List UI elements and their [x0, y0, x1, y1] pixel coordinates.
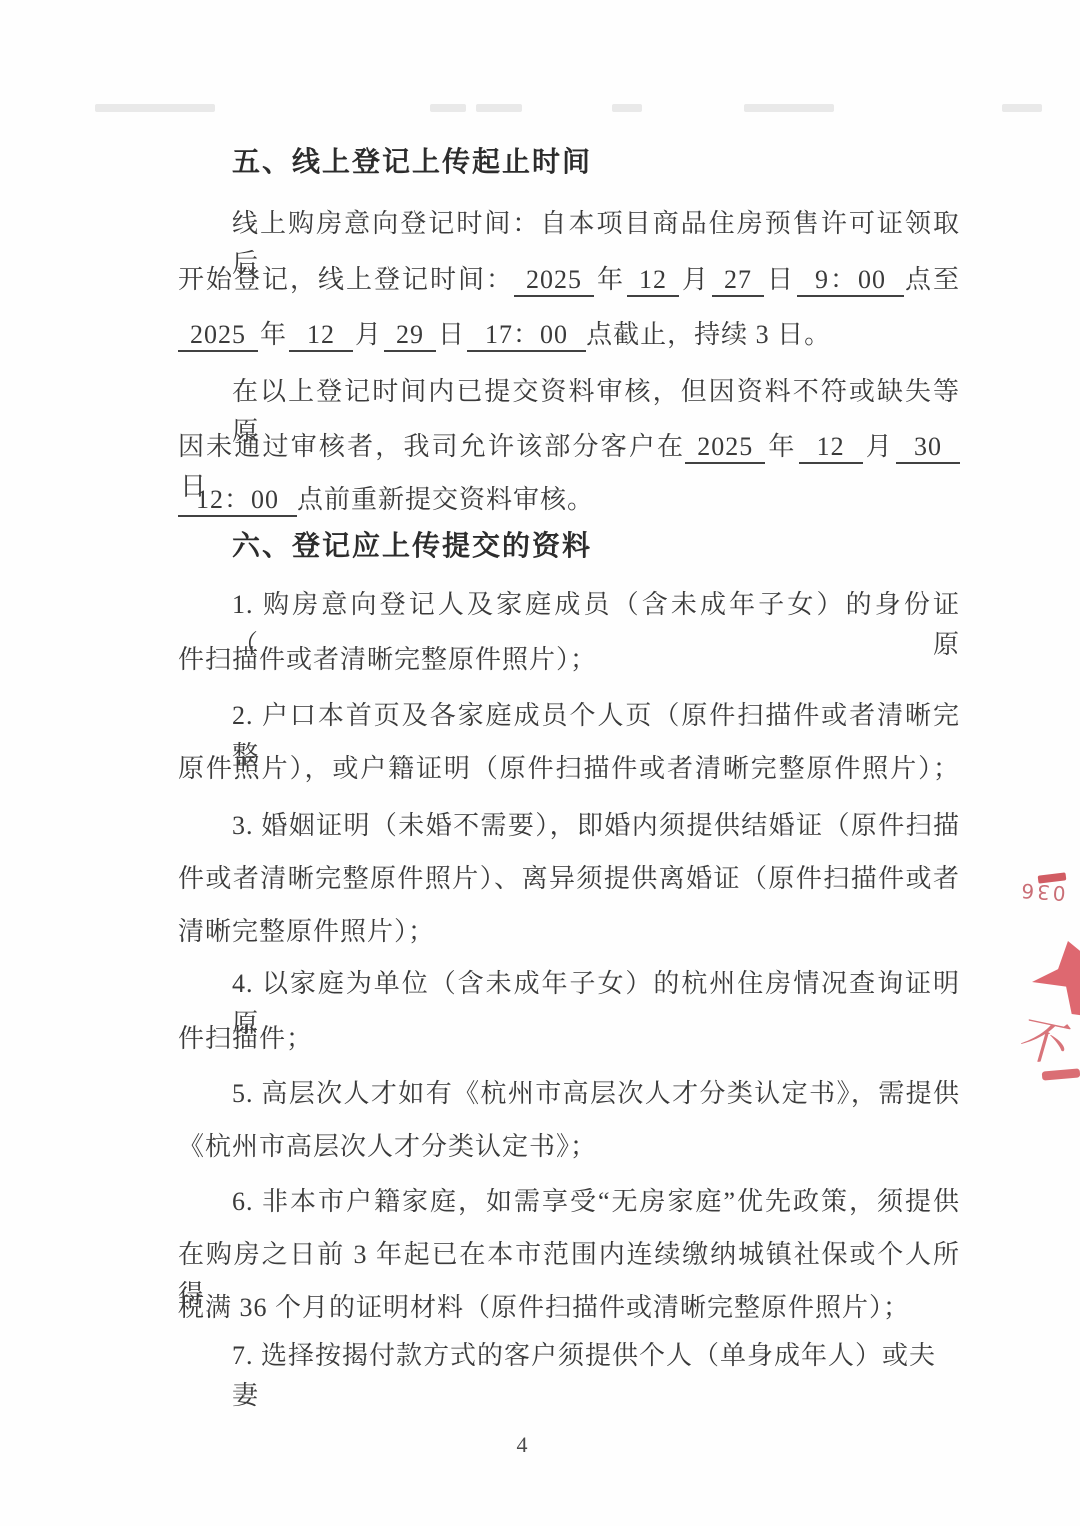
text-segment: 点前重新提交资料审核。 [297, 485, 594, 514]
text-segment: 因未通过审核者，我司允许该部分客户在 [178, 432, 685, 461]
stamp-code: 036 [1015, 878, 1069, 906]
filled-blank-month: 12 [289, 320, 353, 352]
filled-blank-year: 2025 [685, 432, 765, 464]
filled-blank-time: 12：00 [178, 485, 297, 517]
text-segment: 月 [681, 265, 710, 294]
stamp-star-icon [1032, 941, 1080, 1017]
scan-artifact [95, 104, 215, 112]
text-segment: 月 [355, 320, 382, 349]
text-segment: 日 [766, 265, 795, 294]
list-item-7-line: 7. 选择按揭付款方式的客户须提供个人（单身成年人）或夫妻 [178, 1336, 960, 1416]
paragraph-line: 12：00点前重新提交资料审核。 [178, 480, 960, 520]
paragraph-line: 开始登记，线上登记时间：2025年12月27日9：00点至 [178, 260, 960, 300]
scan-artifact [1002, 104, 1042, 112]
section-five-heading: 五、线上登记上传起止时间 [178, 143, 960, 183]
list-item-6-line: 税满 36 个月的证明材料（原件扫描件或清晰完整原件照片）； [178, 1288, 960, 1328]
filled-blank-time: 9：00 [797, 265, 904, 297]
filled-blank-day: 30 [896, 432, 960, 464]
scan-artifact [612, 104, 642, 112]
filled-blank-month: 12 [627, 265, 679, 297]
list-item-5-line: 《杭州市高层次人才分类认定书》； [178, 1127, 960, 1167]
scan-artifact [430, 104, 466, 112]
text-segment: 年 [596, 265, 625, 294]
text-segment: 点截止，持续 3 日。 [586, 320, 831, 349]
text-segment: 开始登记，线上登记时间： [178, 265, 514, 294]
filled-blank-time: 17：00 [467, 320, 586, 352]
scan-artifact [744, 104, 834, 112]
filled-blank-year: 2025 [514, 265, 594, 297]
list-item-2-line: 原件照片），或户籍证明（原件扫描件或者清晰完整原件照片）； [178, 749, 960, 789]
filled-blank-year: 2025 [178, 320, 258, 352]
text-segment: 日 [438, 320, 465, 349]
list-item-3-line: 清晰完整原件照片）； [178, 912, 960, 952]
text-segment: 月 [865, 432, 894, 461]
list-item-3-line: 3. 婚姻证明（未婚不需要），即婚内须提供结婚证（原件扫描 [178, 806, 960, 846]
filled-blank-day: 29 [384, 320, 436, 352]
scan-artifact [476, 104, 522, 112]
list-item-1-line: 件扫描件或者清晰完整原件照片）； [178, 640, 960, 680]
text-segment: 年 [767, 432, 796, 461]
paragraph-line: 2025年12月29日17：00点截止，持续 3 日。 [178, 315, 960, 355]
document-page: 五、线上登记上传起止时间 线上购房意向登记时间：自本项目商品住房预售许可证领取后… [0, 0, 1080, 1526]
stamp-mark-icon [1042, 1068, 1080, 1080]
list-item-4-line: 件扫描件； [178, 1019, 960, 1059]
list-item-5-line: 5. 高层次人才如有《杭州市高层次人才分类认定书》，需提供 [178, 1074, 960, 1114]
list-item-6-line: 6. 非本市户籍家庭，如需享受“无房家庭”优先政策，须提供 [178, 1182, 960, 1222]
text-segment: 年 [260, 320, 287, 349]
text-segment: 点至 [904, 265, 960, 294]
filled-blank-month: 12 [799, 432, 863, 464]
filled-blank-day: 27 [712, 265, 764, 297]
list-item-3-line: 件或者清晰完整原件照片）、离异须提供离婚证（原件扫描件或者 [178, 859, 960, 899]
page-number: 4 [0, 1432, 1044, 1458]
section-six-heading: 六、登记应上传提交的资料 [178, 527, 960, 567]
